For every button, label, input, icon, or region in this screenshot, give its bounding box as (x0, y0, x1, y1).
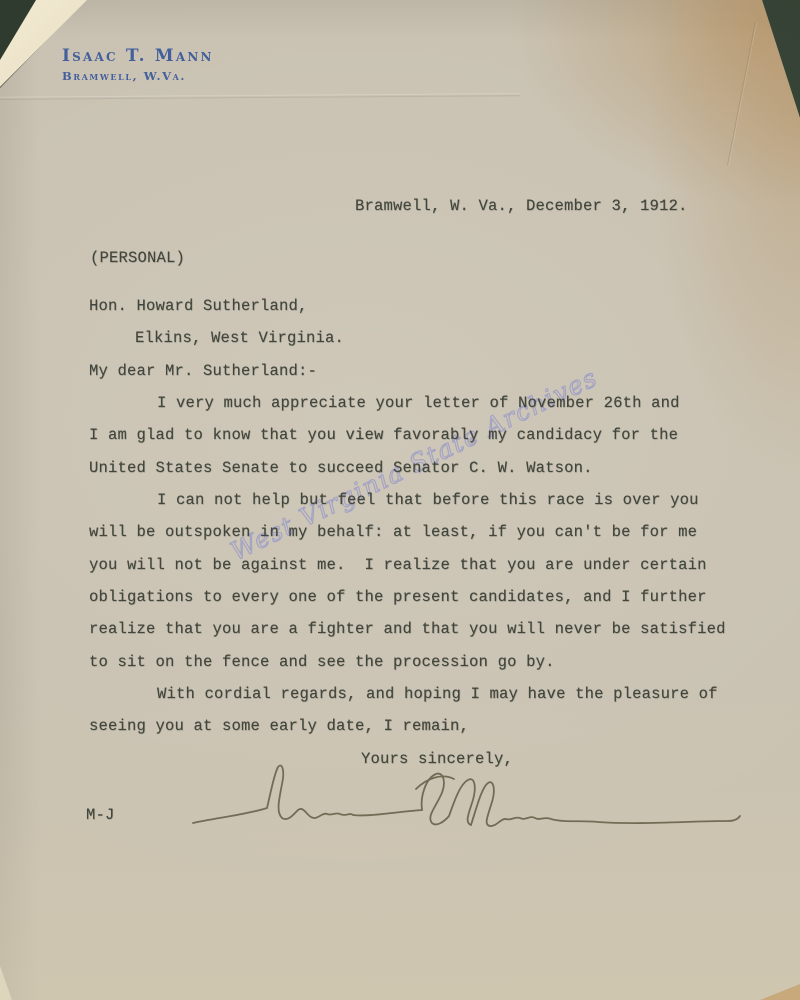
salutation: My dear Mr. Sutherland:- (89, 355, 749, 387)
letter-line: I can not help but feel that before this… (89, 484, 749, 516)
scanned-letter: Isaac T. Mann Bramwell, W.Va. West Virgi… (0, 0, 800, 1000)
letter-line: obligations to every one of the present … (89, 581, 749, 613)
letter-line: to sit on the fence and see the processi… (89, 646, 749, 678)
letter-line: I am glad to know that you view favorabl… (89, 419, 749, 451)
recipient-address: Elkins, West Virginia. (89, 322, 749, 354)
letterhead: Isaac T. Mann Bramwell, W.Va. (62, 46, 214, 84)
privacy-tag: (PERSONAL) (90, 242, 185, 274)
letter-line: I very much appreciate your letter of No… (89, 387, 749, 419)
letter-line: will be outspoken in my behalf: at least… (89, 516, 749, 548)
letter-line: realize that you are a fighter and that … (89, 613, 749, 645)
letter-line: seeing you at some early date, I remain, (89, 710, 749, 742)
letterhead-location: Bramwell, W.Va. (62, 68, 214, 84)
typist-initials: M-J (86, 800, 115, 830)
signature (170, 760, 750, 840)
dateline: Bramwell, W. Va., December 3, 1912. (355, 190, 688, 222)
letter-line: With cordial regards, and hoping I may h… (89, 678, 749, 710)
letter-line: you will not be against me. I realize th… (89, 549, 749, 581)
letterhead-name: Isaac T. Mann (62, 46, 214, 66)
letter-body: Hon. Howard Sutherland, Elkins, West Vir… (89, 290, 749, 775)
letter-line: United States Senate to succeed Senator … (89, 452, 749, 484)
recipient-name: Hon. Howard Sutherland, (89, 290, 749, 322)
